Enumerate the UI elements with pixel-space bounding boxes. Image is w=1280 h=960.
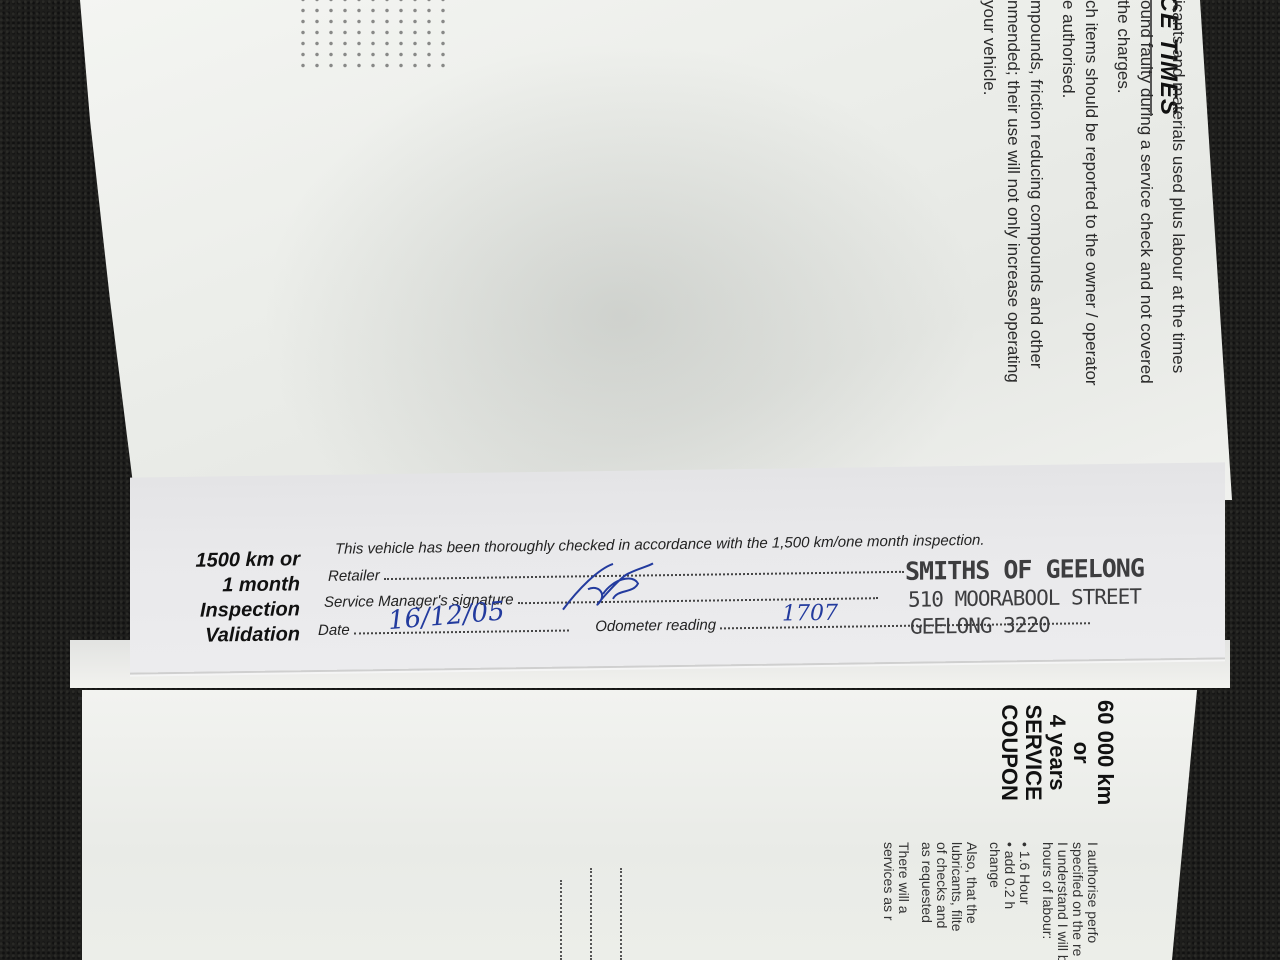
- text-line: of checks and: [934, 842, 949, 960]
- text-line: COUPON: [997, 700, 1021, 805]
- title-line: Inspection: [170, 597, 300, 624]
- text-line: [979, 842, 987, 960]
- text-line: as requested: [919, 842, 934, 960]
- text-line: [1104, 0, 1112, 386]
- date-label: Date: [318, 622, 350, 639]
- text-line: services as r: [881, 842, 896, 960]
- text-line: or: [1069, 700, 1093, 805]
- text-line: 4 years: [1045, 700, 1069, 805]
- coupon-text: I authorise perfospecified on the reI un…: [881, 842, 1100, 960]
- slip-intro: This vehicle has been thoroughly checked…: [335, 532, 985, 558]
- retailer-label: Retailer: [328, 567, 380, 585]
- coupon-title: 60 000 kmor4 yearsSERVICECOUPON: [997, 700, 1117, 805]
- slip-title: 1500 km or 1 month Inspection Validation: [170, 547, 300, 649]
- text-line: [1049, 0, 1057, 386]
- upper-page-text: icants and materials used plus labour at…: [978, 0, 1190, 386]
- title-line: Validation: [170, 622, 300, 649]
- text-line: [1159, 0, 1167, 386]
- text-line: specified on the re: [1070, 842, 1085, 960]
- text-line: ound faulty during a service check and n…: [1135, 0, 1159, 386]
- text-line: icants and materials used plus labour at…: [1167, 0, 1191, 386]
- text-line: SERVICE: [1021, 700, 1045, 805]
- title-line: 1500 km or: [170, 547, 300, 574]
- text-line: your vehicle.: [978, 0, 1002, 386]
- text-line: change: [987, 842, 1002, 960]
- dotted-line: [560, 880, 562, 960]
- text-line: the charges.: [1112, 0, 1136, 386]
- ink-specks: [300, 0, 450, 70]
- text-line: Also, that the: [964, 842, 979, 960]
- text-line: 60 000 km: [1093, 700, 1117, 805]
- text-line: [1032, 842, 1040, 960]
- handwritten-odometer: 1707: [782, 601, 838, 627]
- text-line: I understand I will b: [1055, 842, 1070, 960]
- text-line: • 1.6 Hour: [1017, 842, 1032, 960]
- odometer-label: Odometer reading: [595, 616, 716, 635]
- dotted-line: [590, 868, 592, 960]
- text-line: lubricants, filte: [949, 842, 964, 960]
- text-line: nmended; their use will not only increas…: [1002, 0, 1026, 386]
- title-line: 1 month: [170, 572, 300, 599]
- validation-slip: 1500 km or 1 month Inspection Validation…: [130, 462, 1225, 672]
- dotted-line: [620, 868, 622, 960]
- stamp-line-1: SMITHS OF GEELONG: [905, 553, 1144, 585]
- text-line: hours of labour:: [1040, 842, 1055, 960]
- text-line: e authorised.: [1057, 0, 1081, 386]
- signature-scribble: [558, 558, 658, 614]
- text-line: ch items should be reported to the owner…: [1080, 0, 1104, 386]
- text-line: I authorise perfo: [1085, 842, 1100, 960]
- text-line: mpounds, friction reducing compounds and…: [1025, 0, 1049, 386]
- text-line: • add 0.2 h: [1002, 842, 1017, 960]
- text-line: [911, 842, 919, 960]
- stamp-line-3: GEELONG 3220: [910, 613, 1050, 639]
- shadow: [260, 40, 980, 500]
- text-line: There will a: [896, 842, 911, 960]
- stamp-line-2: 510 MOORABOOL STREET: [908, 585, 1141, 612]
